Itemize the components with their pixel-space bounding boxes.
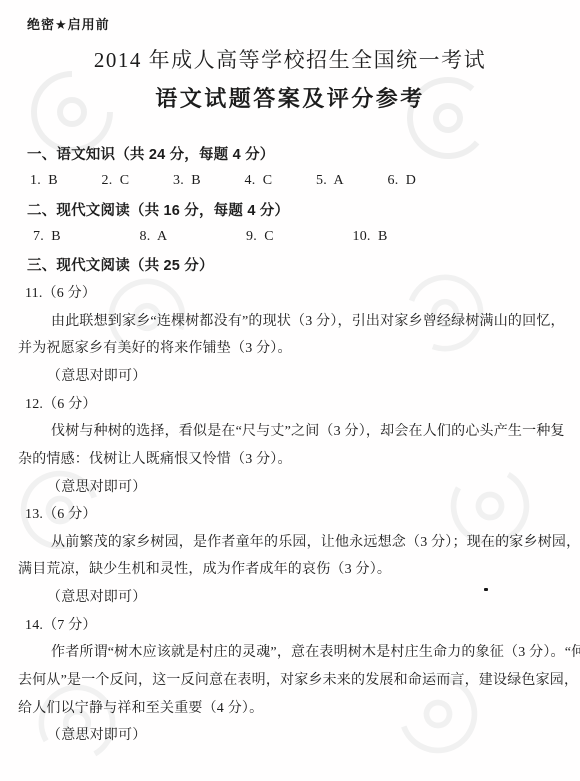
answer-text-line: 去何从”是一个反问，这一反问意在表明，对家乡未来的发展和命运而言，建设绿色家园， xyxy=(0,665,580,693)
section-heading: 三、现代文阅读（共 25 分） xyxy=(0,251,580,279)
answer-text-line: 满目荒凉，缺少生机和灵性，成为作者成年的哀伤（3 分）。 xyxy=(0,555,580,583)
answer-text-line: 从前繁茂的家乡树园，是作者童年的乐园，让他永远想念（3 分）；现在的家乡树园， xyxy=(0,527,580,555)
answer-item: 9. C xyxy=(246,229,353,245)
answer-item: 10. B xyxy=(353,229,388,245)
doc-title: 2014 年成人高等学校招生全国统一考试 xyxy=(0,44,580,74)
answer-text-line: 作者所谓“树木应该就是村庄的灵魂”，意在表明树木是村庄生命力的象征（3 分）。“… xyxy=(0,638,580,666)
answer-text-line: 并为祝愿家乡有美好的将来作铺垫（3 分）。 xyxy=(0,333,580,361)
answer-text-line: 由此联想到家乡“连棵树都没有”的现状（3 分），引出对家乡曾经绿树满山的回忆， xyxy=(0,306,580,334)
note-line: （意思对即可） xyxy=(0,361,580,389)
section-heading: 二、现代文阅读（共 16 分，每题 4 分） xyxy=(0,195,580,223)
question-number: 14.（7 分） xyxy=(0,610,580,638)
question-number: 12.（6 分） xyxy=(0,389,580,417)
answer-text-line: 给人们以宁静与祥和至关重要（4 分）。 xyxy=(0,693,580,721)
exam-answer-document: 绝密★启用前 2014 年成人高等学校招生全国统一考试 语文试题答案及评分参考 … xyxy=(0,0,580,781)
answer-text-line: 杂的情感：伐树让人既痛恨又怜惜（3 分）。 xyxy=(0,444,580,472)
classification-label: 绝密★启用前 xyxy=(27,14,110,33)
question-number: 13.（6 分） xyxy=(0,499,580,527)
note-line: （意思对即可） xyxy=(0,582,580,610)
answer-item: 2. C xyxy=(102,173,174,189)
answer-item: 5. A xyxy=(316,173,388,189)
answer-text-line: 伐树与种树的选择，看似是在“尺与丈”之间（3 分），却会在人们的心头产生一种复 xyxy=(0,416,580,444)
answer-content: 一、语文知识（共 24 分，每题 4 分）1. B2. C3. B4. C5. … xyxy=(0,140,580,748)
question-number: 11.（6 分） xyxy=(0,278,580,306)
answer-item: 1. B xyxy=(30,173,102,189)
doc-subtitle: 语文试题答案及评分参考 xyxy=(0,82,580,113)
answer-row: 1. B2. C3. B4. C5. A6. D xyxy=(0,168,580,196)
answer-item: 6. D xyxy=(388,173,417,189)
answer-item: 8. A xyxy=(140,229,247,245)
answer-item: 4. C xyxy=(245,173,317,189)
ink-speck xyxy=(484,588,488,591)
note-line: （意思对即可） xyxy=(0,720,580,748)
answer-row: 7. B8. A9. C10. B xyxy=(0,223,580,251)
section-heading: 一、语文知识（共 24 分，每题 4 分） xyxy=(0,140,580,168)
answer-item: 3. B xyxy=(173,173,245,189)
note-line: （意思对即可） xyxy=(0,472,580,500)
answer-item: 7. B xyxy=(33,229,140,245)
